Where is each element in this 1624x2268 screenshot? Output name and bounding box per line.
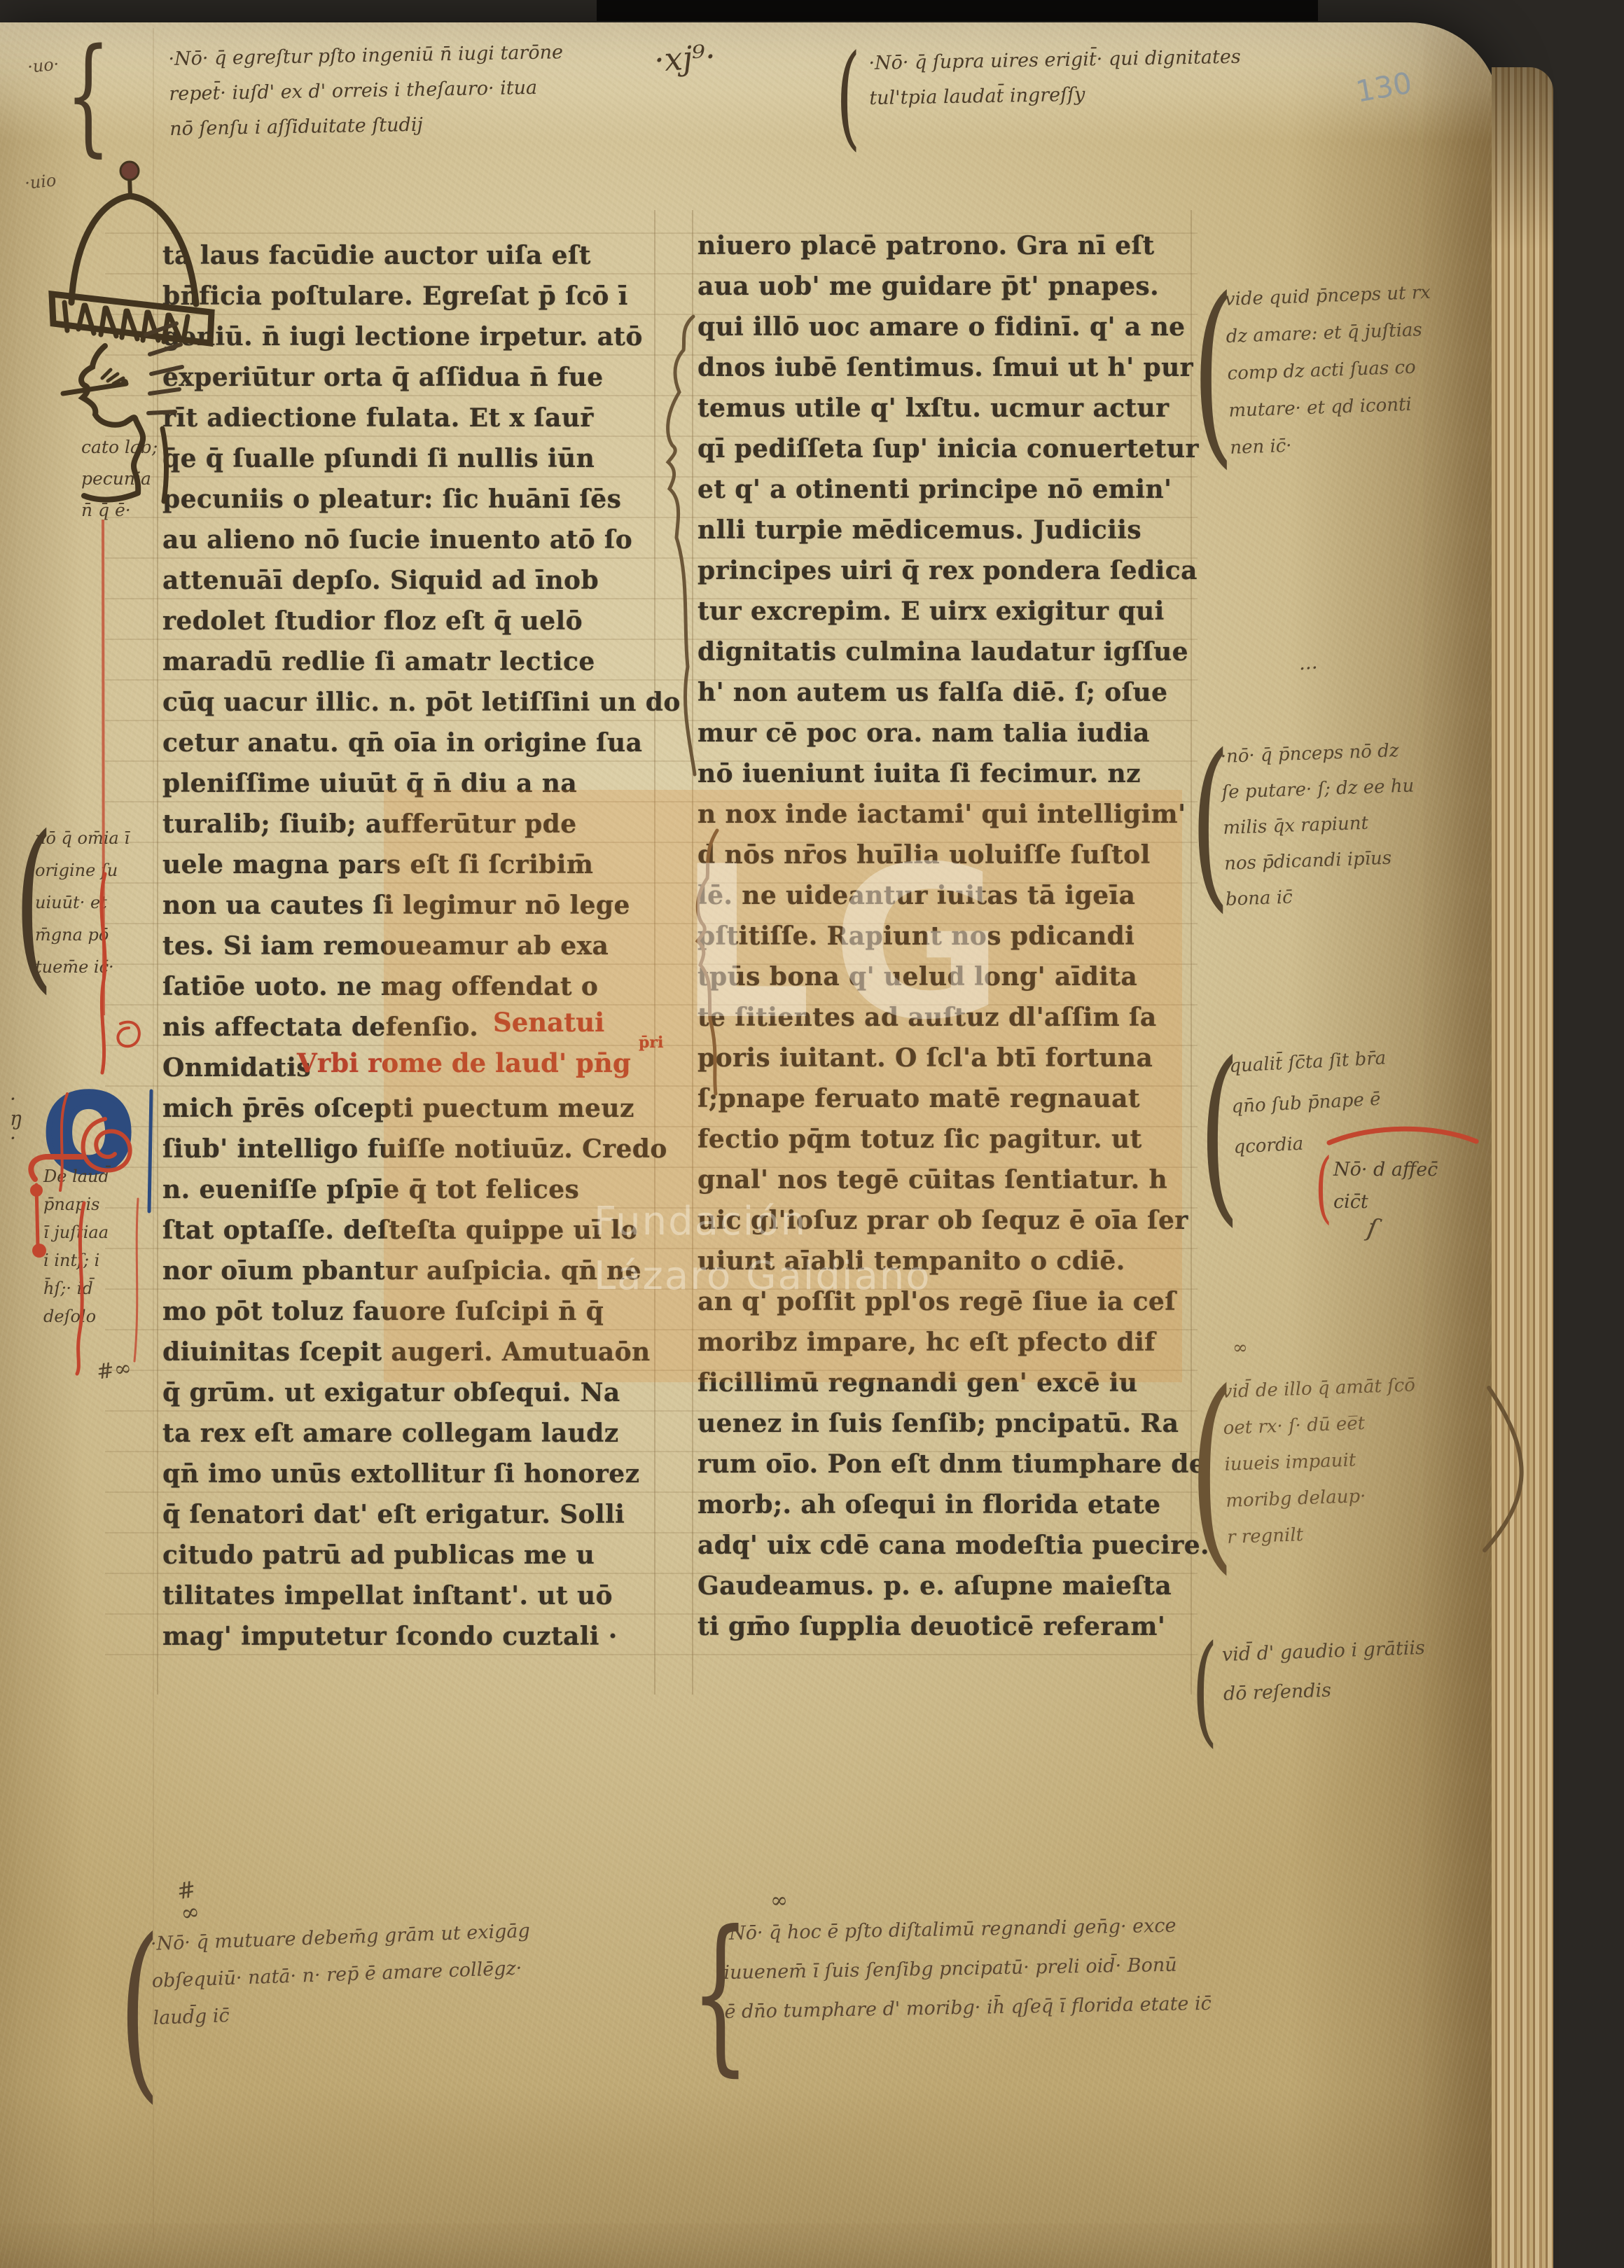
- note-line: deſolo: [43, 1302, 169, 1330]
- top-left-note: ·Nō· q̄ egreſtur pſto ingeniū n̄ iugi ta…: [168, 34, 646, 147]
- text-line: h' non autem us falſa diē. ſ; oſue: [698, 672, 1188, 713]
- tie-mark: ∞: [1233, 1339, 1248, 1357]
- note-line: uiuūt· et: [35, 886, 161, 919]
- text-line: tilitates impellat inſtant'. ut uō: [162, 1575, 657, 1616]
- brace-mark: (: [836, 39, 861, 152]
- note-line: cic̄t: [1333, 1186, 1515, 1218]
- text-line: qui illō uoc amare o fidinī. q' a ne: [698, 307, 1188, 347]
- text-line: cetur anatu. qn̄ oīa in origine ſua: [162, 723, 657, 763]
- text-line: attenuāī depſo. Siquid ad īnob: [162, 560, 657, 601]
- text-line: redolet ſtudior floz eſt q̄ uelō: [162, 601, 657, 641]
- note-line: h̄ſ;· id̄: [43, 1274, 169, 1302]
- manuscript-photo: ta laus facūdie auctor uiſa eſtbn̄ficia …: [0, 0, 1624, 2268]
- text-line: uenez in ſuis ſenſib; pncipatū. Ra: [698, 1403, 1188, 1444]
- text-line: et q' a otinenti principe nō emin': [698, 469, 1188, 510]
- text-line: qn̄ imo unūs extollitur ſi honorez: [162, 1454, 657, 1494]
- right-margin-note-humilis: ·nō· q̄ p̄nceps nō dzſe putare· ſ; dz ee…: [1220, 725, 1618, 917]
- text-line: au alieno nō ſucie inuento atō ſo: [162, 520, 657, 560]
- note-line: nō q̄ om̄ia ī: [35, 822, 161, 854]
- note-line: n̄ q̄ ē·: [81, 494, 186, 526]
- text-line: cūq uacur illic. n. pōt letiſſini un do: [162, 682, 657, 723]
- text-line: bn̄ficia poſtulare. Egreſat p̄ ſcō ī: [162, 276, 657, 316]
- gutter-mark: · ŋ ·: [10, 1090, 22, 1148]
- text-line: qī pediſſeta ſup' inicia conuertetur: [698, 429, 1188, 469]
- text-line: nlli turpie mēdicemus. Judiciis: [698, 510, 1188, 550]
- bottom-center-note: ·Nō· q̄ hoc ē pſto diſtalimū regnandi ge…: [723, 1902, 1411, 2032]
- text-line: ta laus facūdie auctor uiſa eſt: [162, 235, 657, 276]
- text-line: maradū redlie ſi amatr lectice: [162, 641, 657, 682]
- right-margin-note-iuvenis: vid̄ de illo q̄ amāt ſcōoet rx· ſ· dū ee…: [1221, 1360, 1620, 1555]
- right-margin-note-affectu: Nō· d affec̄ cic̄t: [1333, 1154, 1515, 1218]
- left-margin-note-de-laude: De laud̄p̄napisī juſtiaai intſ; ih̄ſ;· i…: [43, 1162, 169, 1330]
- text-line: q̄e q̄ ſualle pſundi ſi nullis iūn: [162, 438, 657, 479]
- chapter-number: ·xj⁹·: [653, 37, 716, 79]
- right-margin-note-gaudio: vid̄ d' gaudio i grātiisdō reſendis: [1221, 1622, 1616, 1713]
- text-line: principes uiri q̄ rex pondera ſedica: [698, 550, 1188, 591]
- left-margin-note-cato: cato lab;pecunian̄ q̄ ē·: [81, 431, 186, 526]
- brace-mark: (: [1192, 1630, 1218, 1750]
- text-line: pecuniis o pleatur: ſic huānī ſēs: [162, 479, 657, 520]
- text-line: temus utile q' lxſtu. ucmur actur: [698, 388, 1188, 429]
- text-line: geniū. n̄ iugi lectione irpetur. atō: [162, 316, 657, 357]
- text-line: ti gm̄o ſupplia deuoticē referam': [698, 1606, 1188, 1647]
- scan-background-strip: [597, 0, 1318, 21]
- tie-mark: ···: [1298, 658, 1319, 679]
- right-margin-note-concordia: qualit̄ ſc̄ta ſit br̄aqn̄o ſub p̄nape ēq…: [1228, 1027, 1598, 1168]
- text-line: tur excrepim. E uirx exigitur qui: [698, 591, 1188, 632]
- text-line: rum oīo. Pon eſt dnm tiumphare de: [698, 1444, 1188, 1484]
- note-line: De laud̄: [43, 1162, 169, 1190]
- text-line: dignitatis culmina laudatur igſſue: [698, 632, 1188, 672]
- tie-mark: ∞: [770, 1891, 788, 1912]
- left-margin-note-origine: nō q̄ om̄ia īorigine ſuuiuūt· etm̄gna pō…: [35, 822, 161, 983]
- note-line: pecunia: [81, 463, 186, 494]
- repository-watermark: LG Fundación Lázaro Galdiano: [384, 790, 1182, 1382]
- note-line: i intſ; i: [43, 1246, 169, 1274]
- note-line: Nō· d affec̄: [1333, 1154, 1515, 1186]
- note-line: tuem̄e ic̄·: [35, 951, 161, 983]
- text-line: Gaudeamus. p. e. aſupne maieſta: [698, 1566, 1188, 1606]
- text-line: mur cē poc ora. nam talia iudia: [698, 713, 1188, 753]
- text-line: niuero placē patrono. Gra nī eſt: [698, 225, 1188, 266]
- brace-mark: (: [1315, 1148, 1332, 1226]
- text-line: aua uob' me guidare p̄t' pnapes.: [698, 266, 1188, 307]
- watermark-text-line1: Fundación: [594, 1199, 807, 1244]
- right-margin-note-princeps-amare: vide quid p̄nceps ut rxdz amare: et q̄ j…: [1224, 267, 1623, 466]
- watermark-text-line2: Lázaro Galdiano: [594, 1253, 931, 1299]
- gutter-mark: ·uio: [24, 172, 57, 192]
- gutter-mark: ·uo·: [27, 55, 60, 76]
- text-line: mag' imputetur ſcondo cuztali ·: [162, 1616, 657, 1657]
- note-line: cato lab;: [81, 431, 186, 463]
- text-line: citudo patrū ad publicas me u: [162, 1535, 657, 1575]
- watermark-monogram: LG: [678, 839, 1023, 1049]
- note-line: p̄napis: [43, 1190, 169, 1218]
- text-line: morb;. ah oſequi in florida etate: [698, 1484, 1188, 1525]
- text-line: nō iueniunt iuita ſi fecimur. nz: [698, 753, 1188, 794]
- bottom-left-note: ·Nō· q̄ mutuare debem̄g grām ut exigāgob…: [150, 1907, 700, 2037]
- note-line: ī juſtiaa: [43, 1218, 169, 1246]
- top-center-note: ·Nō· q̄ ſupra uires erigit̄· qui dignita…: [868, 36, 1458, 116]
- text-line: ta rex eſt amare collegam laudz: [162, 1413, 657, 1454]
- brace-mark: {: [66, 32, 111, 159]
- text-line: adq' uix cdē cana modeſtia puecire.: [698, 1525, 1188, 1566]
- tie-mark: #∞: [95, 1358, 133, 1384]
- text-line: rīt adiectione fulata. Et x ſaur̄: [162, 398, 657, 438]
- text-line: q̄ ſenatori dat' eſt erigatur. Solli: [162, 1494, 657, 1535]
- note-line: origine ſu: [35, 854, 161, 886]
- note-line: m̄gna pō: [35, 919, 161, 951]
- text-line: experiūtur orta q̄ aſſidua n̄ fue: [162, 357, 657, 398]
- text-line: dnos iubē ſentimus. ſmui ut h' pur: [698, 347, 1188, 388]
